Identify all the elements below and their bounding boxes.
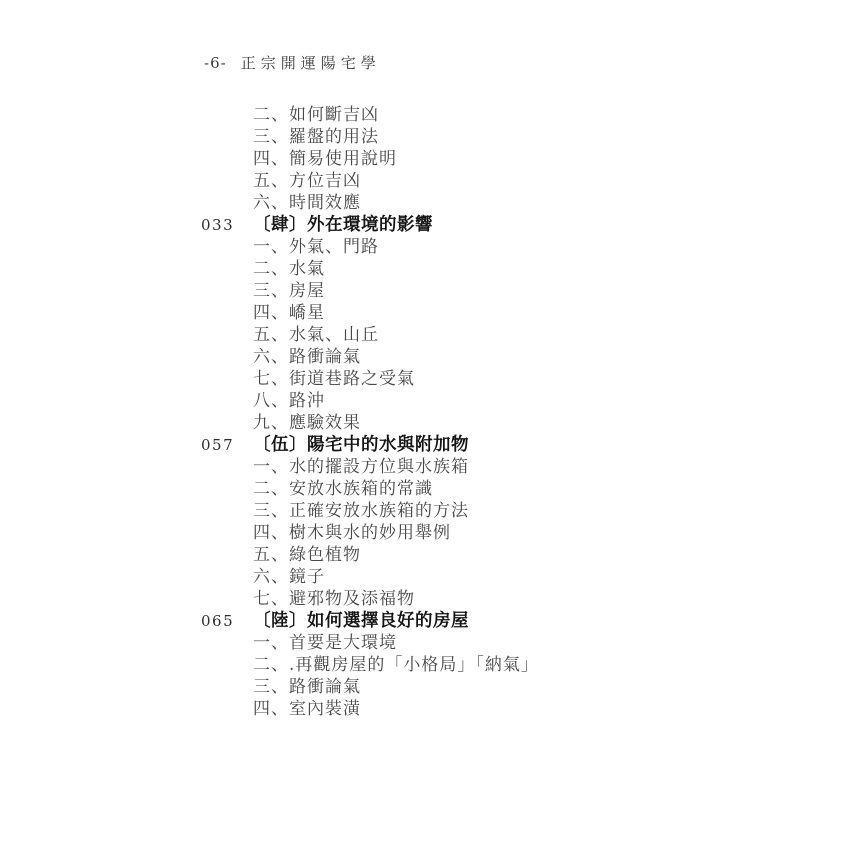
- toc-item-row: 七、街道巷路之受氣: [201, 368, 539, 390]
- toc-item-row: 一、首要是大環境: [201, 632, 539, 654]
- toc-item-row: 二、水氣: [201, 258, 539, 280]
- toc-item-title: 六、路衝論氣: [201, 346, 361, 368]
- toc-item-row: 二、安放水族箱的常識: [201, 478, 539, 500]
- toc-item-row: 五、水氣、山丘: [201, 324, 539, 346]
- toc-item-title: 三、路衝論氣: [201, 676, 361, 698]
- toc-item-row: 一、水的擺設方位與水族箱: [201, 456, 539, 478]
- toc-item-row: 六、路衝論氣: [201, 346, 539, 368]
- toc-item-title: 六、時間效應: [201, 192, 361, 214]
- toc-item-title: 二、.再觀房屋的「小格局」「納氣」: [201, 654, 539, 676]
- toc-item-title: 五、水氣、山丘: [201, 324, 379, 346]
- toc-item-row: 三、羅盤的用法: [201, 126, 539, 148]
- toc-item-row: 六、鏡子: [201, 566, 539, 588]
- toc-item-title: 一、首要是大環境: [201, 632, 397, 654]
- toc-item-title: 四、嶠星: [201, 302, 325, 324]
- toc-item-row: 一、外氣、門路: [201, 236, 539, 258]
- toc-item-title: 九、應驗效果: [201, 412, 361, 434]
- book-title: 正宗開運陽宅學: [241, 54, 381, 72]
- toc-item-title: 五、綠色植物: [201, 544, 361, 566]
- toc-item-title: 二、水氣: [201, 258, 325, 280]
- book-page: -6-正宗開運陽宅學 二、如何斷吉凶三、羅盤的用法四、簡易使用說明五、方位吉凶六…: [0, 0, 850, 850]
- toc-item-title: 三、羅盤的用法: [201, 126, 379, 148]
- toc-section-title: 〔伍〕陽宅中的水與附加物: [253, 435, 469, 455]
- toc-section-title: 〔肆〕外在環境的影響: [253, 215, 433, 235]
- toc-section-row: 057〔伍〕陽宅中的水與附加物: [201, 434, 539, 456]
- toc-item-row: 七、避邪物及添福物: [201, 588, 539, 610]
- toc-section-page-number: 033: [201, 214, 253, 236]
- toc-item-title: 七、街道巷路之受氣: [201, 368, 415, 390]
- toc-section-page-number: 057: [201, 434, 253, 456]
- toc-item-title: 二、如何斷吉凶: [201, 104, 379, 126]
- toc-item-row: 八、路沖: [201, 390, 539, 412]
- page-header: -6-正宗開運陽宅學: [204, 54, 381, 72]
- toc-item-row: 四、樹木與水的妙用舉例: [201, 522, 539, 544]
- toc-item-row: 三、路衝論氣: [201, 676, 539, 698]
- toc-item-title: 五、方位吉凶: [201, 170, 361, 192]
- toc-section-page-number: 065: [201, 610, 253, 632]
- toc-list: 二、如何斷吉凶三、羅盤的用法四、簡易使用說明五、方位吉凶六、時間效應033〔肆〕…: [201, 104, 539, 720]
- toc-item-row: 四、嶠星: [201, 302, 539, 324]
- toc-item-row: 二、如何斷吉凶: [201, 104, 539, 126]
- toc-item-title: 七、避邪物及添福物: [201, 588, 415, 610]
- toc-item-row: 三、房屋: [201, 280, 539, 302]
- toc-item-row: 三、正確安放水族箱的方法: [201, 500, 539, 522]
- toc-item-row: 五、綠色植物: [201, 544, 539, 566]
- toc-item-title: 八、路沖: [201, 390, 325, 412]
- toc-item-row: 四、簡易使用說明: [201, 148, 539, 170]
- toc-item-row: 二、.再觀房屋的「小格局」「納氣」: [201, 654, 539, 676]
- page-number: -6-: [204, 54, 227, 72]
- toc-item-row: 六、時間效應: [201, 192, 539, 214]
- toc-item-title: 六、鏡子: [201, 566, 325, 588]
- toc-item-row: 九、應驗效果: [201, 412, 539, 434]
- toc-section-row: 033〔肆〕外在環境的影響: [201, 214, 539, 236]
- toc-item-row: 五、方位吉凶: [201, 170, 539, 192]
- toc-item-title: 四、室內裝潢: [201, 698, 361, 720]
- toc-item-title: 二、安放水族箱的常識: [201, 478, 433, 500]
- toc-item-title: 四、樹木與水的妙用舉例: [201, 522, 451, 544]
- toc-item-title: 一、水的擺設方位與水族箱: [201, 456, 469, 478]
- toc-item-title: 三、正確安放水族箱的方法: [201, 500, 469, 522]
- toc-item-title: 四、簡易使用說明: [201, 148, 397, 170]
- toc-item-title: 一、外氣、門路: [201, 236, 379, 258]
- toc-section-row: 065〔陸〕如何選擇良好的房屋: [201, 610, 539, 632]
- toc-item-title: 三、房屋: [201, 280, 325, 302]
- toc-item-row: 四、室內裝潢: [201, 698, 539, 720]
- toc-section-title: 〔陸〕如何選擇良好的房屋: [253, 611, 469, 631]
